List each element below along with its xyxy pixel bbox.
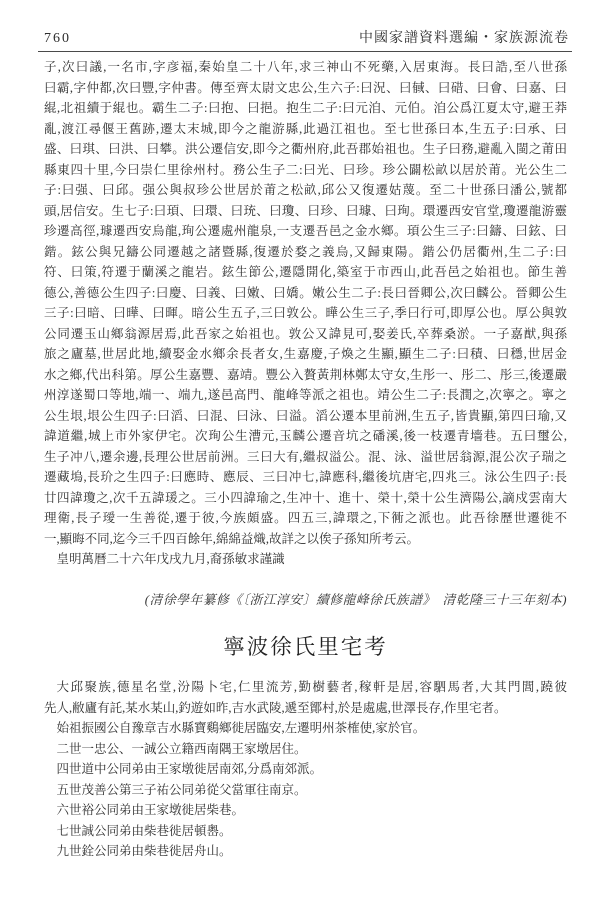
text-line: 公生垠,垠公生四子:曰滔、曰混、曰泳、曰溢。滔公遷本里前洲,生五子,皆貴顯,第四…	[44, 406, 567, 427]
text-line: 德公,善德公生四子:曰慶、曰義、曰嫩、曰嬌。嫩公生二子:長曰晉卿公,次曰麟公。晉…	[44, 283, 567, 304]
second-article-block: 大邱聚族,德星名堂,汾陽卜宅,仁里流芳,勤樹藝者,稼軒是居,容駟馬者,大其門閭,…	[44, 677, 567, 862]
text-line: 頭,居信安。生七子:曰頊、曰環、曰珫、曰瓊、曰珍、曰璩、曰珣。環遷西安官堂,瓊遷…	[44, 201, 567, 222]
entry-line: 七世誠公同弟由柴巷徙居頓嶴。	[44, 821, 567, 842]
text-line: 諱道繼,城上市外家伊宅。次珣公生漕元,玉麟公遷音坑之磻溪,後一枝遷青墻巷。五曰璽…	[44, 426, 567, 447]
text-line: 縣東四十里,今曰崇仁里徐州村。務公生子二:曰光、曰珍。珍公闢松畝以居於莆。光公生…	[44, 160, 567, 181]
text-line: 緄,北祖續于緄也。霸生二子:曰抱、曰挹。抱生二子:曰元洎、元伯。洎公爲江夏太守,…	[44, 98, 567, 119]
entry-line: 二世一忠公、一誠公立籍西南隅王家墩居住。	[44, 739, 567, 760]
running-title: 中國家譜資料選編・家族源流卷	[359, 27, 569, 47]
text-line: 州淳遂蜀口等地,端一、端九,遂邑高門、龍峰等派之祖也。靖公生二子:長潤之,次寧之…	[44, 385, 567, 406]
text-line: 盛、曰琪、曰洪、曰攀。洪公遷信安,即今之衢州府,此吾郡始祖也。生子曰務,避亂入閩…	[44, 139, 567, 160]
entry-line: 始祖振國公自豫章吉水縣寶鷄鄉徙居臨安,左遷明州茶榷使,家於官。	[44, 718, 567, 739]
text-line: 三子:曰暗、曰曄、曰暉。暗公生五子,三曰敦公。曄公生三子,季曰行可,即厚公也。厚…	[44, 303, 567, 324]
text-line: 曰霸,字仲都,次曰豐,字仲書。傳至齊太尉文忠公,生六子:曰況、曰戫、曰碏、曰會、…	[44, 78, 567, 99]
text-line: 符、曰策,符遷于蘭溪之龍岩。鉉生節公,遷隱開化,築室于市西山,此吾邑之始祖也。節…	[44, 262, 567, 283]
text-line: 鍇。鉉公與兄鑄公同遷越之諸暨縣,復遷於婺之義烏,又歸東陽。鍇公仍居衢州,生二子:…	[44, 242, 567, 263]
genealogy-text-block: 子,次曰議,一名市,字彦福,秦始皇二十八年,求三神山不死藥,入居東海。長曰誥,至…	[44, 57, 567, 570]
page-number: 760	[44, 31, 71, 47]
text-line: 珍遷高徑,璩遷西安烏龍,珣公遷處州龍泉,一支遷吾邑之金水鄉。頊公生三子:曰鑄、曰…	[44, 221, 567, 242]
text-line: 亂,渡江尋偃王舊跡,遷太末城,即今之龍游縣,此過江祖也。至七世孫曰本,生五子:曰…	[44, 119, 567, 140]
text-line: 子,次曰議,一名市,字彦福,秦始皇二十八年,求三神山不死藥,入居東海。長曰誥,至…	[44, 57, 567, 78]
entry-line: 九世銓公同弟由柴巷徙居舟山。	[44, 841, 567, 862]
text-line: 生子冲八,遷余邊,長理公世居前洲。三曰大有,繼叔溢公。混、泳、溢世居翁源,混公次…	[44, 447, 567, 468]
text-line: 公同遷玉山鄉翁源居焉,此吾家之始祖也。敦公又諱見可,娶姜氏,卒葬桑淤。一子嘉猷,…	[44, 324, 567, 345]
text-line: 水之鄉,代出科第。厚公生嘉豐、嘉靖。豐公入贅黃荆林鄭太守女,生彤一、彤二、彤三,…	[44, 365, 567, 386]
page-header: 760 中國家譜資料選編・家族源流卷	[44, 27, 569, 47]
entry-line: 五世茂善公第三子祐公同弟從父當軍往南京。	[44, 780, 567, 801]
intro-line: 先人,敝廬有託,某水某山,釣遊如昨,吉水武陵,遞至鄮村,於是處處,世澤長存,作里…	[44, 698, 567, 719]
signature-line: 皇明萬曆二十六年戊戌九月,裔孫敏求謹識	[44, 549, 567, 570]
scanned-book-page: 760 中國家譜資料選編・家族源流卷 子,次曰議,一名市,字彦福,秦始皇二十八年…	[0, 0, 610, 909]
entry-line: 四世道中公同弟由王家墩徙居南郊,分爲南郊派。	[44, 759, 567, 780]
article-title: 寧波徐氏里宅考	[44, 630, 567, 661]
intro-line: 大邱聚族,德星名堂,汾陽卜宅,仁里流芳,勤樹藝者,稼軒是居,容駟馬者,大其門閭,…	[44, 677, 567, 698]
text-line: 一,顯晦不同,迄今三千四百餘年,綿綿益熾,故詳之以俟子孫知所考云。	[44, 529, 567, 550]
source-note: (清徐學年纂修《〔浙江淳安〕續修龍峰徐氏族譜》 清乾隆三十三年刻本)	[44, 592, 567, 608]
text-line: 子:曰强、曰邱。强公與叔珍公世居於莆之松畝,邱公又復遷姑蔑。至二十世孫曰潘公,號…	[44, 180, 567, 201]
text-line: 遷藏塢,長玠之生四子:曰應時、應辰、三曰冲七,諱應科,繼後坑唐宅,四兆三。泳公生…	[44, 467, 567, 488]
entry-line: 六世裕公同弟由王家墩徙居柴巷。	[44, 800, 567, 821]
text-line: 廿四諱瓊之,次千五諱瑗之。三小四諱瑜之,生冲十、進十、榮十,榮十公生濟陽公,謫戍…	[44, 488, 567, 509]
header-divider	[38, 51, 572, 52]
text-line: 旅之廬墓,世居此地,續娶金水鄉余長者女,生嘉慶,子煥之生顯,顯生二子:曰積、曰穩…	[44, 344, 567, 365]
text-line: 理衛,長子璦一生善從,遷于彼,今族頗盛。四五三,諱環之,下衕之派也。此吾徐歷世遷…	[44, 508, 567, 529]
